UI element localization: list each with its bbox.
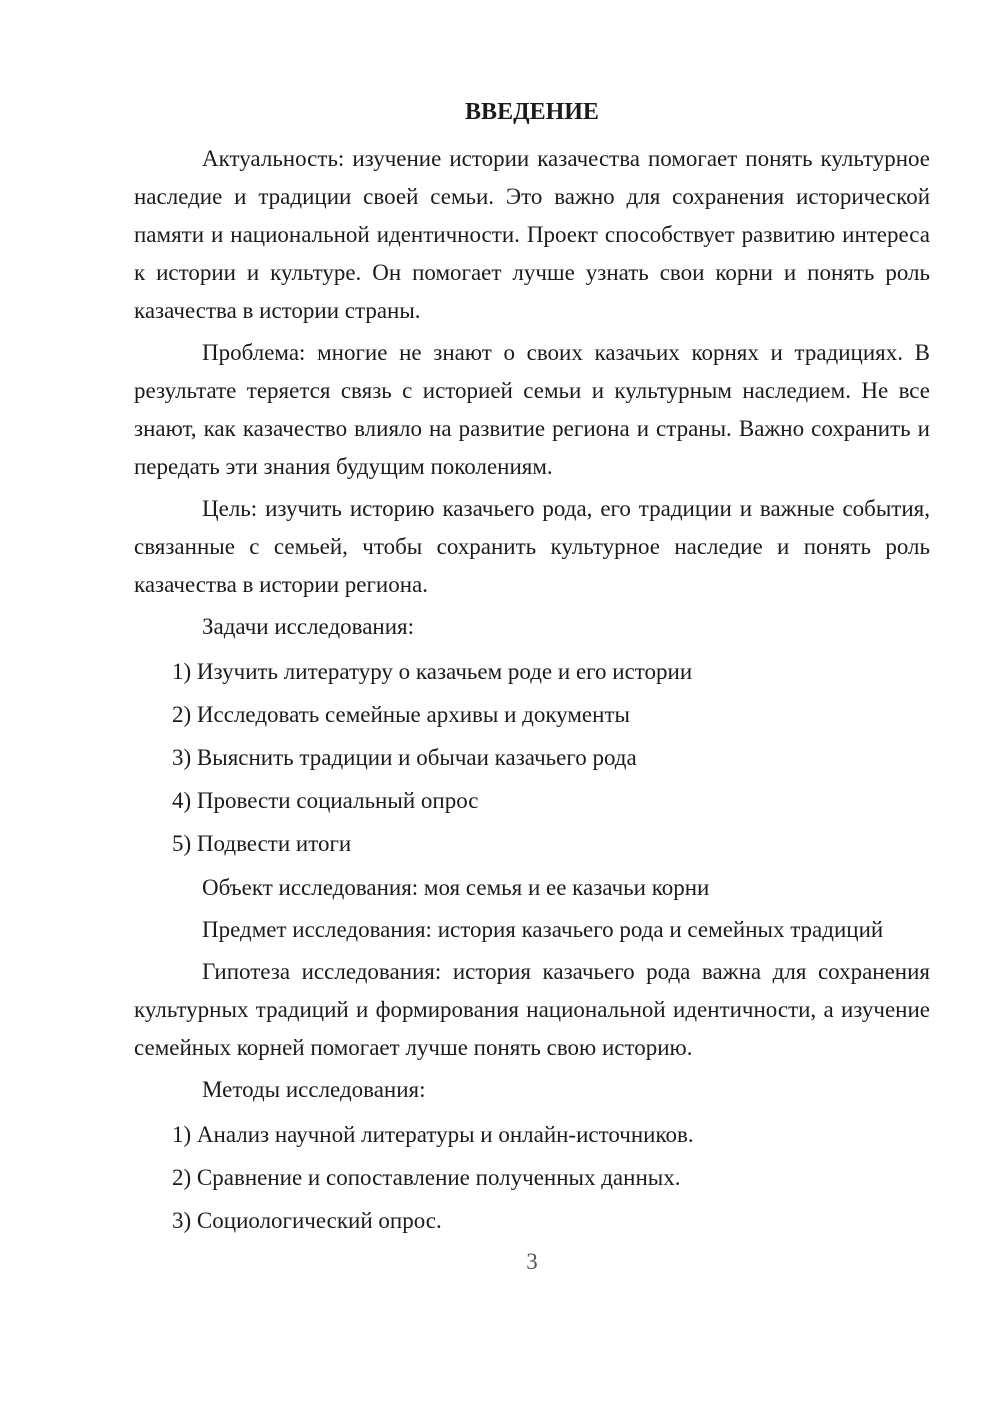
paragraph-subject: Предмет исследования: история казачьего … [134,911,930,949]
methods-list: 1) Анализ научной литературы и онлайн-ис… [134,1113,930,1242]
task-item: 2) Исследовать семейные архивы и докумен… [134,693,930,736]
task-item-text: Подвести итоги [197,831,351,856]
document-page: ВВЕДЕНИЕ Актуальность: изучение истории … [0,0,1000,1414]
paragraph-goal: Цель: изучить историю казачьего рода, ег… [134,490,930,604]
method-item: 1) Анализ научной литературы и онлайн-ис… [134,1113,930,1156]
method-item-number: 3) [172,1208,191,1233]
task-item-number: 5) [172,831,191,856]
paragraph-relevance: Актуальность: изучение истории казачеств… [134,140,930,330]
page-title: ВВЕДЕНИЕ [134,92,930,132]
paragraph-object: Объект исследования: моя семья и ее каза… [134,869,930,907]
tasks-header: Задачи исследования: [134,608,930,646]
task-item: 3) Выяснить традиции и обычаи казачьего … [134,736,930,779]
task-item-number: 2) [172,702,191,727]
task-item-number: 4) [172,788,191,813]
method-item: 2) Сравнение и сопоставление полученных … [134,1156,930,1199]
task-item: 4) Провести социальный опрос [134,779,930,822]
task-item-text: Исследовать семейные архивы и документы [197,702,630,727]
method-item-text: Анализ научной литературы и онлайн-источ… [197,1122,694,1147]
task-item-text: Провести социальный опрос [197,788,479,813]
task-item-text: Выяснить традиции и обычаи казачьего род… [197,745,637,770]
task-item: 1) Изучить литературу о казачьем роде и … [134,650,930,693]
method-item-text: Сравнение и сопоставление полученных дан… [197,1165,681,1190]
task-item-number: 1) [172,659,191,684]
methods-header: Методы исследования: [134,1071,930,1109]
paragraph-hypothesis: Гипотеза исследования: история казачьего… [134,953,930,1067]
task-item-text: Изучить литературу о казачьем роде и его… [197,659,692,684]
method-item-number: 1) [172,1122,191,1147]
page-number: 3 [134,1242,930,1282]
task-item: 5) Подвести итоги [134,822,930,865]
tasks-list: 1) Изучить литературу о казачьем роде и … [134,650,930,865]
paragraph-problem: Проблема: многие не знают о своих казачь… [134,334,930,486]
method-item-text: Социологический опрос. [197,1208,442,1233]
method-item-number: 2) [172,1165,191,1190]
task-item-number: 3) [172,745,191,770]
method-item: 3) Социологический опрос. [134,1199,930,1242]
